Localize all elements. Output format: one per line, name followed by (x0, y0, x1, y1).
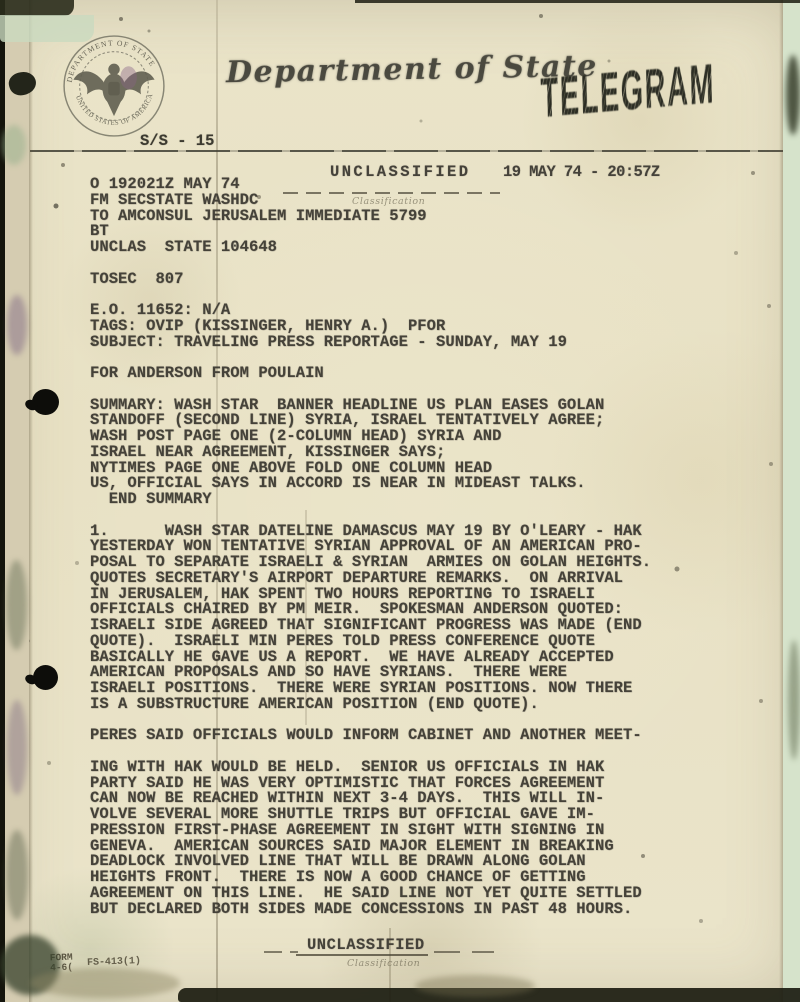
form-number: FS-413(1) (87, 956, 141, 969)
bottom-mottle (415, 975, 535, 997)
film-edge-right-strip (783, 0, 800, 1002)
masthead-divider-rule (30, 150, 793, 152)
right-edge-mottle (788, 640, 800, 760)
corner-top-left-green-patch (0, 15, 94, 42)
punch-hole-bottom (33, 665, 58, 690)
seal-purple-tint (120, 66, 137, 89)
telegram-body-text: O 192021Z MAY 74 FM SECSTATE WASHDC TO A… (90, 177, 651, 917)
telegram-stamp: TELEGRAM (540, 51, 716, 131)
edge-mottle (6, 830, 28, 920)
page-left-shadow (29, 0, 33, 1002)
routing-code: S/S - 15 (140, 132, 214, 150)
left-edge-green-mottle (2, 125, 26, 165)
department-of-state-seal: DEPARTMENT OF STATE UNITED STATES OF AME… (62, 34, 166, 138)
page-right-shadow (779, 0, 783, 1002)
footer-classification-underline (296, 954, 428, 956)
footer-dash-left (264, 951, 298, 953)
edge-mottle (7, 700, 27, 795)
footer-classification-caption: Classification (347, 958, 420, 969)
edge-mottle (6, 560, 27, 650)
right-edge-streak (786, 55, 800, 135)
edge-mottle (7, 295, 27, 355)
film-edge-top-dark (355, 0, 800, 3)
corner-top-left-dark (0, 0, 74, 16)
classification-footer-label: UNCLASSIFIED (307, 936, 425, 954)
telegram-scan-page: DEPARTMENT OF STATE UNITED STATES OF AME… (0, 0, 800, 1002)
footer-dash-right (434, 951, 494, 953)
bottom-mottle (30, 968, 180, 998)
